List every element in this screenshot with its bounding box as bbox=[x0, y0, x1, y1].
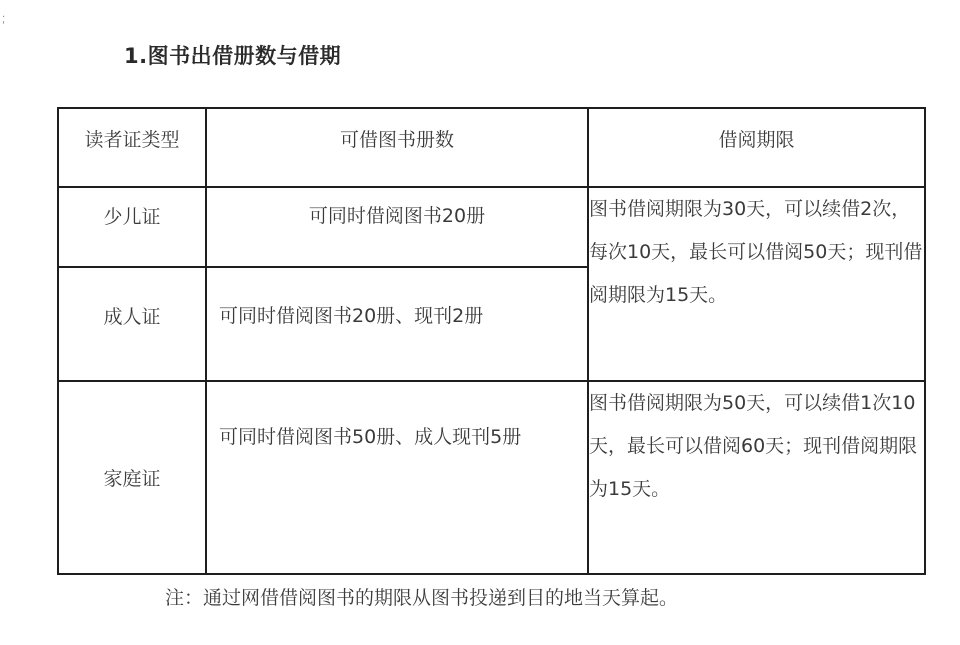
card-type-cell: 成人证 bbox=[58, 267, 206, 381]
footnote: 注：通过网借借阅图书的期限从图书投递到目的地当天算起。 bbox=[165, 583, 678, 610]
borrow-rules-table: 读者证类型 可借图书册数 借阅期限 少儿证 可同时借阅图书20册 图书借阅期限为… bbox=[57, 107, 926, 575]
header-borrow-period: 借阅期限 bbox=[588, 108, 925, 187]
table-row: 少儿证 可同时借阅图书20册 图书借阅期限为30天，可以续借2次，每次10天，最… bbox=[58, 187, 925, 267]
borrow-period-cell: 图书借阅期限为30天，可以续借2次，每次10天，最长可以借阅50天；现刊借阅期限… bbox=[588, 187, 925, 381]
scan-artifact: ·' bbox=[2, 14, 10, 30]
header-card-type: 读者证类型 bbox=[58, 108, 206, 187]
borrow-count-cell: 可同时借阅图书20册 bbox=[206, 187, 588, 267]
table-header-row: 读者证类型 可借图书册数 借阅期限 bbox=[58, 108, 925, 187]
table-row: 家庭证 可同时借阅图书50册、成人现刊5册 图书借阅期限为50天，可以续借1次1… bbox=[58, 381, 925, 574]
card-type-cell: 家庭证 bbox=[58, 381, 206, 574]
borrow-count-cell: 可同时借阅图书50册、成人现刊5册 bbox=[206, 381, 588, 574]
borrow-count-cell: 可同时借阅图书20册、现刊2册 bbox=[206, 267, 588, 381]
card-type-cell: 少儿证 bbox=[58, 187, 206, 267]
header-borrow-count: 可借图书册数 bbox=[206, 108, 588, 187]
borrow-period-cell: 图书借阅期限为50天，可以续借1次10天，最长可以借阅60天；现刊借阅期限为15… bbox=[588, 381, 925, 574]
section-title: 1.图书出借册数与借期 bbox=[124, 40, 341, 70]
